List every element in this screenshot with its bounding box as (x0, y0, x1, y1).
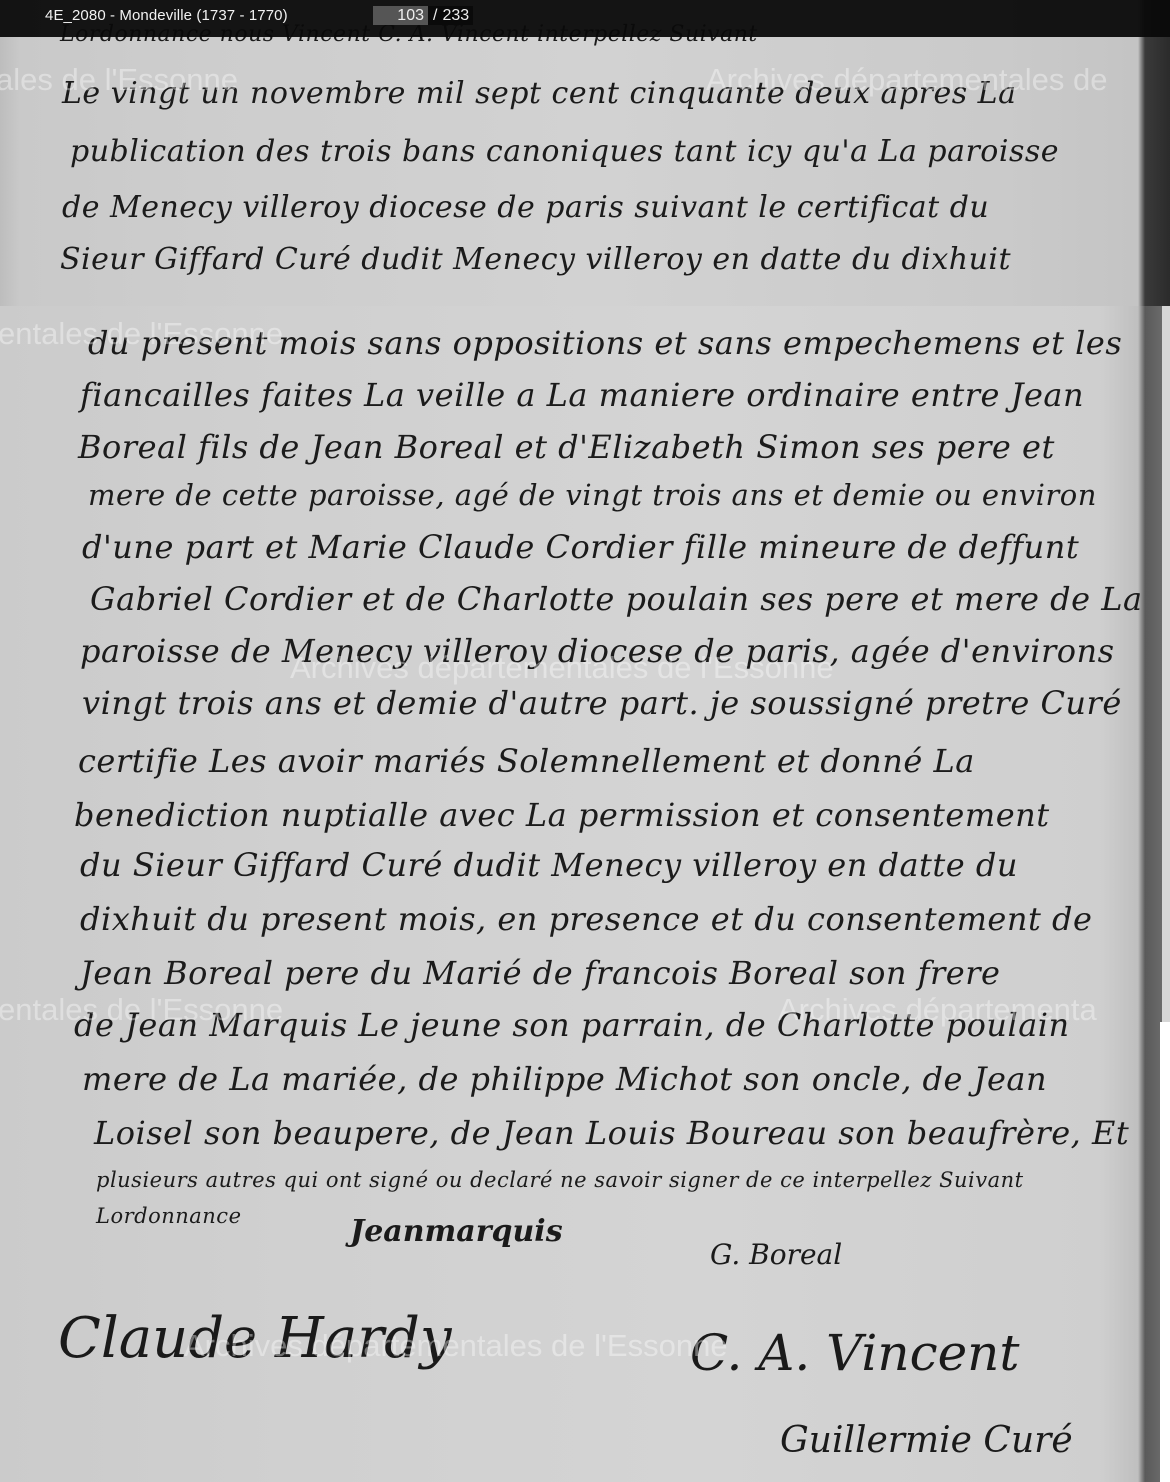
doc-line: d'une part et Marie Claude Cordier fille… (82, 528, 1079, 566)
doc-line: du present mois sans oppositions et sans… (88, 324, 1122, 362)
doc-line: dixhuit du present mois, en presence et … (80, 900, 1092, 938)
doc-line: du Sieur Giffard Curé dudit Menecy ville… (80, 846, 1018, 884)
page-navigator: 103 / 233 (373, 6, 473, 25)
doc-line: de Jean Marquis Le jeune son parrain, de… (74, 1006, 1070, 1044)
doc-line: plusieurs autres qui ont signé ou declar… (96, 1168, 1024, 1192)
doc-line: mere de cette paroisse, agé de vingt tro… (88, 478, 1097, 512)
document-scan-main-page: du present mois sans oppositions et sans… (0, 306, 1162, 1482)
document-title: 4E_2080 - Mondeville (1737 - 1770) (45, 7, 288, 24)
doc-line: Le vingt un novembre mil sept cent cinqu… (62, 76, 1016, 111)
viewer-background (1160, 1022, 1170, 1482)
doc-line: benediction nuptialle avec La permission… (74, 796, 1050, 834)
doc-line: publication des trois bans canoniques ta… (70, 134, 1059, 169)
doc-line: Jean Boreal pere du Marié de francois Bo… (80, 954, 1000, 992)
doc-line: certifie Les avoir mariés Solemnellement… (78, 742, 975, 780)
signature: G. Boreal (710, 1238, 842, 1271)
signature: Jeanmarquis (350, 1214, 563, 1249)
page-separator: / (433, 7, 437, 25)
viewer-toolbar: 4E_2080 - Mondeville (1737 - 1770) 103 /… (0, 0, 1170, 37)
current-page-input[interactable]: 103 (373, 6, 428, 25)
doc-line: Loisel son beaupere, de Jean Louis Boure… (94, 1114, 1129, 1152)
document-scan-top-fragment: Lordonnance nous Vincent C. A. Vincent i… (0, 0, 1170, 306)
doc-line: mere de La mariée, de philippe Michot so… (82, 1060, 1047, 1098)
doc-line: Boreal fils de Jean Boreal et d'Elizabet… (78, 428, 1055, 466)
total-pages: 233 (442, 7, 469, 25)
doc-line: Sieur Giffard Curé dudit Menecy villeroy… (60, 242, 1011, 277)
doc-line: fiancailles faites La veille a La manier… (80, 376, 1084, 414)
signature: Claude Hardy (58, 1306, 451, 1371)
doc-line: Lordonnance (96, 1204, 242, 1228)
doc-line: Gabriel Cordier et de Charlotte poulain … (90, 580, 1143, 618)
doc-line: vingt trois ans et demie d'autre part. j… (82, 684, 1122, 722)
doc-line: paroisse de Menecy villeroy diocese de p… (80, 632, 1115, 670)
signature: C. A. Vincent (690, 1324, 1019, 1382)
doc-line: de Menecy villeroy diocese de paris suiv… (62, 190, 989, 225)
signature: Guillermie Curé (780, 1420, 1073, 1461)
page-edge (1162, 306, 1170, 1022)
